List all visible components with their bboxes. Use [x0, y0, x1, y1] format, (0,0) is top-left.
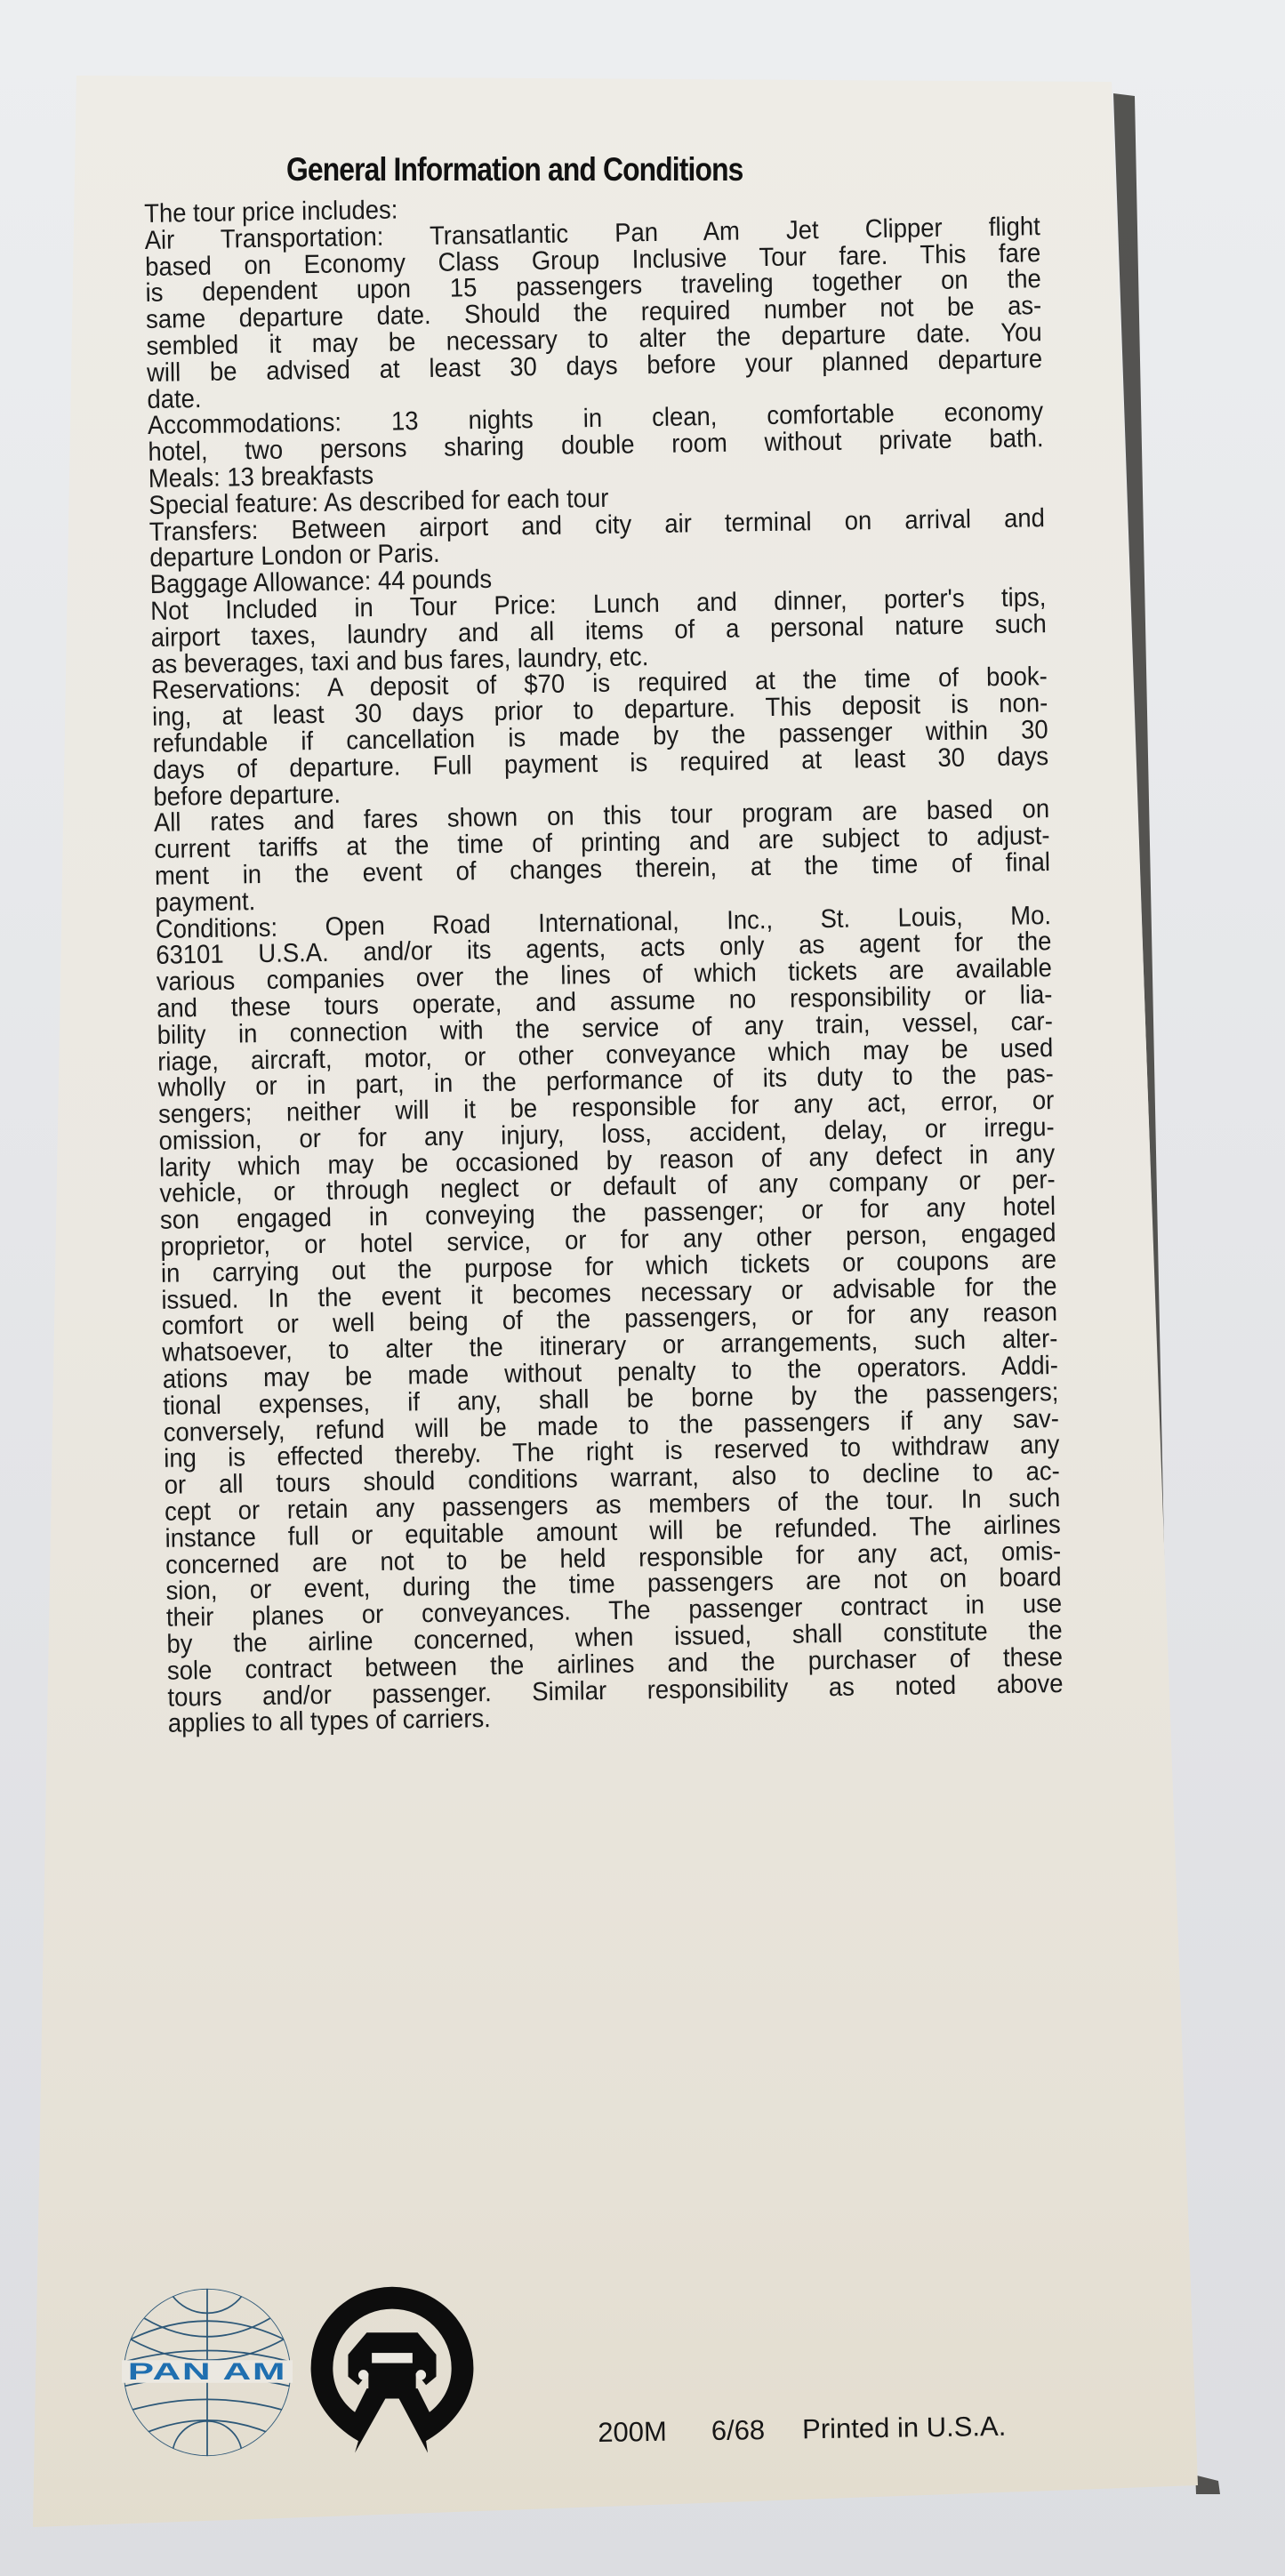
printed-in: Printed in U.S.A. — [802, 2411, 1007, 2446]
page-title: General Information and Conditions — [286, 151, 743, 189]
conditions-text: The tour price includes:Air Transportati… — [144, 187, 1057, 1737]
brochure-content: General Information and Conditions The t… — [0, 0, 1285, 2576]
open-road-international-logo-icon — [307, 2283, 478, 2461]
print-info: 200M6/68Printed in U.S.A. — [598, 2411, 1007, 2449]
print-date: 6/68 — [711, 2414, 766, 2447]
print-run: 200M — [598, 2416, 667, 2449]
pan-am-globe-logo-icon: PAN AM — [120, 2285, 294, 2460]
svg-text:PAN AM: PAN AM — [128, 2358, 286, 2385]
